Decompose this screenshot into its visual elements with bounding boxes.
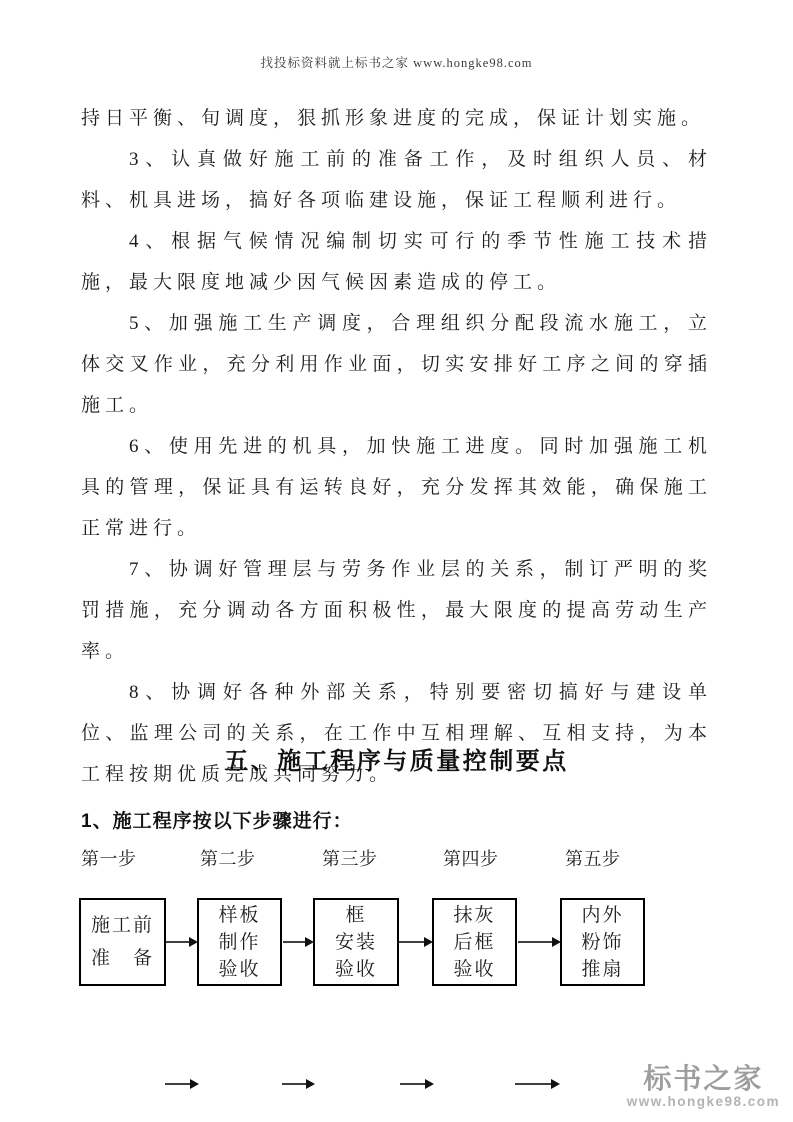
flow-box-line: 抹灰 <box>453 902 495 929</box>
step-label-5: 第五步 <box>565 845 621 871</box>
step-label-2: 第二步 <box>200 845 256 871</box>
list-heading: 1、施工程序按以下步骤进行： <box>81 806 353 833</box>
flow-box-line: 制作 <box>218 929 260 956</box>
flow-box-line: 准 备 <box>91 942 154 975</box>
flow-box-frame-install: 框 安装 验收 <box>313 898 399 986</box>
arrow-right-icon <box>400 1083 432 1085</box>
corner-watermark: 标书之家 www.hongke98.com <box>627 1064 780 1110</box>
flow-box-plaster-acceptance: 抹灰 后框 验收 <box>432 898 517 986</box>
arrow-right-icon <box>518 941 559 943</box>
flow-box-line: 安装 <box>335 929 377 956</box>
body-paragraph: 4、根据气候情况编制切实可行的季节性施工技术措施，最大限度地减少因气候因素造成的… <box>81 221 712 303</box>
body-paragraph: 3、认真做好施工前的准备工作，及时组织人员、材料、机具进场，搞好各项临建设施，保… <box>81 139 712 221</box>
watermark-url: www.hongke98.com <box>627 1095 780 1110</box>
arrow-right-icon <box>282 1083 313 1085</box>
arrow-right-icon <box>283 941 312 943</box>
flow-box-sample-acceptance: 样板 制作 验收 <box>197 898 282 986</box>
flow-box-line: 验收 <box>218 956 260 983</box>
flow-box-line: 验收 <box>453 956 495 983</box>
arrow-right-icon <box>165 1083 197 1085</box>
document-body: 持日平衡、旬调度，狠抓形象进度的完成，保证计划实施。 3、认真做好施工前的准备工… <box>81 98 712 795</box>
flow-box-finishing: 内外 粉饰 推扇 <box>560 898 645 986</box>
body-paragraph: 6、使用先进的机具，加快施工进度。同时加强施工机具的管理，保证具有运转良好，充分… <box>81 426 712 549</box>
flow-box-preparation: 施工前 准 备 <box>79 898 166 986</box>
body-paragraph: 7、协调好管理层与劳务作业层的关系，制订严明的奖罚措施，充分调动各方面积极性，最… <box>81 549 712 672</box>
document-page: 找投标资料就上标书之家 www.hongke98.com 持日平衡、旬调度，狠抓… <box>0 0 793 1122</box>
flow-box-line: 粉饰 <box>581 929 623 956</box>
watermark-logo: 标书之家 <box>627 1064 780 1095</box>
flow-box-line: 样板 <box>218 902 260 929</box>
flow-box-line: 框 <box>345 902 366 929</box>
step-label-1: 第一步 <box>81 845 137 871</box>
arrow-right-icon <box>166 941 196 943</box>
section-heading: 五、施工程序与质量控制要点 <box>0 741 793 776</box>
flow-box-line: 验收 <box>335 956 377 983</box>
body-paragraph: 持日平衡、旬调度，狠抓形象进度的完成，保证计划实施。 <box>81 98 712 139</box>
flow-box-line: 后框 <box>453 929 495 956</box>
flow-box-line: 推扇 <box>581 956 623 983</box>
step-label-3: 第三步 <box>322 845 378 871</box>
flow-box-line: 内外 <box>581 902 623 929</box>
body-paragraph: 8、协调好各种外部关系，特别要密切搞好与建设单位、监理公司的关系，在工作中互相理… <box>81 672 712 795</box>
flow-box-line: 施工前 <box>91 909 154 942</box>
step-label-4: 第四步 <box>443 845 499 871</box>
arrow-right-icon <box>515 1083 558 1085</box>
header-watermark-text: 找投标资料就上标书之家 www.hongke98.com <box>0 53 793 71</box>
body-paragraph: 5、加强施工生产调度，合理组织分配段流水施工，立体交叉作业，充分利用作业面，切实… <box>81 303 712 426</box>
arrow-right-icon <box>399 941 431 943</box>
